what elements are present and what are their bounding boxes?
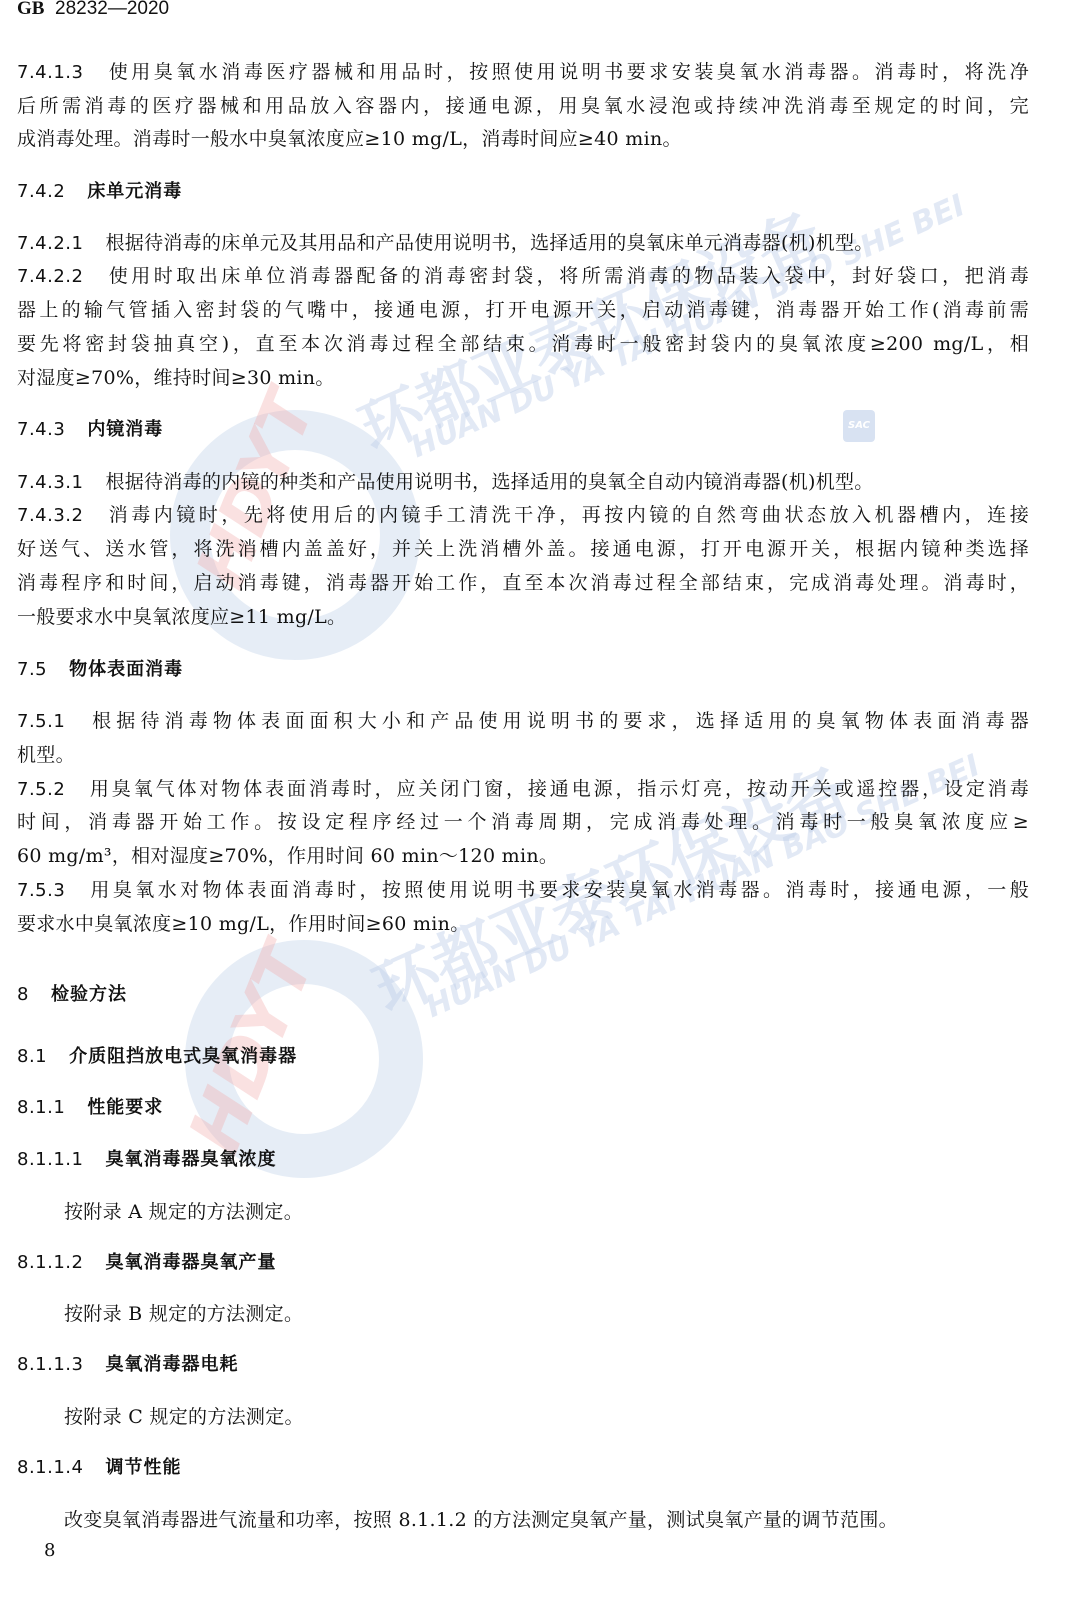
paragraph-line: 7.4.3.2消毒内镜时，先将使用后的内镜手工清洗干净，再按内镜的自然弯曲状态放…	[17, 503, 1029, 528]
paragraph-line: 按附录 C 规定的方法测定。	[64, 1405, 304, 1429]
paragraph-line: 按附录 B 规定的方法测定。	[64, 1302, 303, 1326]
clause-number: 7.5.2	[17, 779, 65, 800]
section-heading: 8.1介质阻挡放电式臭氧消毒器	[17, 1045, 297, 1069]
clause-number: 7.4.2.2	[17, 266, 83, 287]
clause-number: 7.4.2.1	[17, 233, 83, 254]
subsection-heading: 8.1.1.3臭氧消毒器电耗	[17, 1353, 238, 1377]
paragraph-line: 要求水中臭氧浓度≥10 mg/L，作用时间≥60 min。	[17, 912, 1029, 936]
paragraph-line: 后所需消毒的医疗器械和用品放入容器内，接通电源，用臭氧水浸泡或持续冲洗消毒至规定…	[17, 94, 1029, 118]
clause-number: 7.4.3.2	[17, 505, 83, 526]
page-number: 8	[44, 1540, 55, 1561]
subsection-heading: 8.1.1.2臭氧消毒器臭氧产量	[17, 1251, 276, 1275]
paragraph-line: 7.4.2.2使用时取出床单位消毒器配备的消毒密封袋，将所需消毒的物品装入袋中，…	[17, 264, 1029, 289]
paragraph-line: 7.4.2.1根据待消毒的床单元及其用品和产品使用说明书，选择适用的臭氧床单元消…	[17, 231, 1029, 256]
paragraph-line: 7.4.3.1根据待消毒的内镜的种类和产品使用说明书，选择适用的臭氧全自动内镜消…	[17, 470, 1029, 495]
section-heading: 7.4.3内镜消毒	[17, 418, 163, 442]
paragraph-line: 7.5.3用臭氧水对物体表面消毒时，按照使用说明书要求安装臭氧水消毒器。消毒时，…	[17, 878, 1029, 903]
standard-code: GB	[17, 0, 44, 19]
subsection-heading: 8.1.1.4调节性能	[17, 1456, 181, 1480]
standard-header: GB 28232—2020	[17, 0, 169, 20]
paragraph-line: 按附录 A 规定的方法测定。	[64, 1200, 303, 1224]
watermark-cn-top: 环都亚泰环保设备	[344, 186, 833, 469]
paragraph-line: 60 mg/m³，相对湿度≥70%，作用时间 60 min～120 min。	[17, 844, 1029, 868]
paragraph-line: 7.5.1根据待消毒物体表面面积大小和产品使用说明书的要求，选择适用的臭氧物体表…	[17, 709, 1029, 734]
paragraph-line: 成消毒处理。消毒时一般水中臭氧浓度应≥10 mg/L，消毒时间应≥40 min。	[17, 127, 1029, 151]
paragraph-line: 消毒程序和时间，启动消毒键，消毒器开始工作，直至本次消毒过程全部结束，完成消毒处…	[17, 571, 1029, 595]
paragraph-line: 时间，消毒器开始工作。按设定程序经过一个消毒周期，完成消毒处理。消毒时一般臭氧浓…	[17, 810, 1029, 834]
clause-number: 7.5.1	[17, 711, 65, 732]
paragraph-line: 要先将密封袋抽真空)，直至本次消毒过程全部结束。消毒时一般密封袋内的臭氧浓度≥2…	[17, 332, 1029, 356]
section-heading: 7.5物体表面消毒	[17, 658, 183, 682]
subsection-heading: 8.1.1.1臭氧消毒器臭氧浓度	[17, 1148, 276, 1172]
section-heading: 8.1.1性能要求	[17, 1096, 163, 1120]
sac-logo: SAC	[843, 410, 875, 442]
section-heading: 7.4.2床单元消毒	[17, 180, 182, 204]
standard-number: 28232—2020	[55, 0, 169, 19]
paragraph-line: 7.4.1.3使用臭氧水消毒医疗器械和用品时，按照使用说明书要求安装臭氧水消毒器…	[17, 60, 1029, 85]
clause-number: 7.4.3.1	[17, 472, 83, 493]
paragraph-line: 器上的输气管插入密封袋的气嘴中，接通电源，打开电源开关，启动消毒键，消毒器开始工…	[17, 298, 1029, 322]
watermark-en-top: HUAN DU YA TAI HUAN BAO SHE BEI	[406, 188, 970, 465]
paragraph-line: 机型。	[17, 743, 1029, 767]
clause-number: 7.5.3	[17, 880, 65, 901]
paragraph-line: 一般要求水中臭氧浓度应≥11 mg/L。	[17, 605, 1029, 629]
paragraph-line: 好送气、送水管，将洗消槽内盖盖好，并关上洗消槽外盖。接通电源，打开电源开关，根据…	[17, 537, 1029, 561]
chapter-heading: 8检验方法	[17, 983, 127, 1007]
paragraph-line: 7.5.2用臭氧气体对物体表面消毒时，应关闭门窗，接通电源，指示灯亮，按动开关或…	[17, 777, 1029, 802]
clause-number: 7.4.1.3	[17, 62, 83, 83]
paragraph-line: 对湿度≥70%，维持时间≥30 min。	[17, 366, 1029, 390]
paragraph-line: 改变臭氧消毒器进气流量和功率，按照 8.1.1.2 的方法测定臭氧产量，测试臭氧…	[64, 1508, 1029, 1532]
